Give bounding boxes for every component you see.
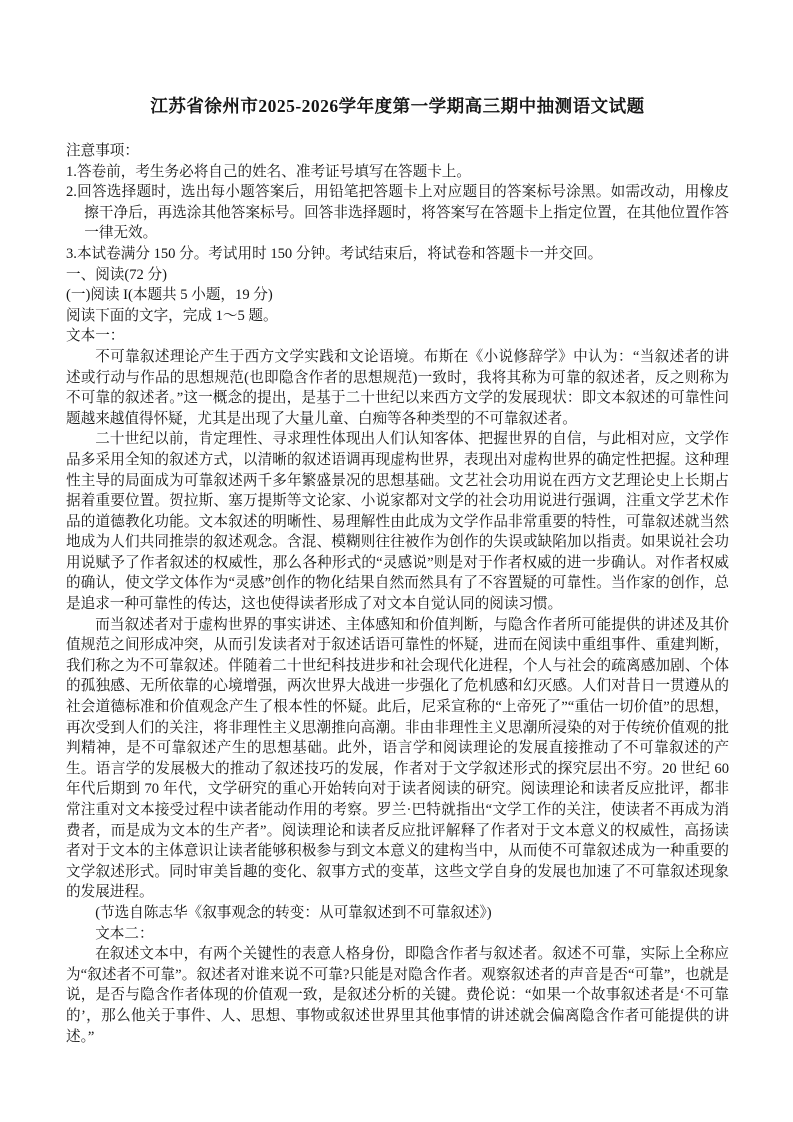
- text1-paragraph-1: 不可靠叙述理论产生于西方文学实践和文论语境。布斯在《小说修辞学》中认为：“当叙述…: [66, 347, 729, 429]
- exam-body: 注意事项： 1.答卷前，考生务必将自己的姓名、准考证号填写在答题卡上。 2.回答…: [66, 141, 729, 1047]
- exam-title: 江苏省徐州市2025-2026学年度第一学期高三期中抽测语文试题: [66, 95, 729, 117]
- text2-paragraph-1: 在叙述文本中，有两个关键性的表意人格身份，即隐含作者与叙述者。叙述不可靠，实际上…: [66, 944, 729, 1047]
- notice-item-2: 2.回答选择题时，选出每小题答案后，用铅笔把答题卡上对应题目的答案标号涂黑。如需…: [66, 182, 729, 244]
- exam-paper-page: 江苏省徐州市2025-2026学年度第一学期高三期中抽测语文试题 注意事项： 1…: [0, 0, 793, 1122]
- subsection-heading: (一)阅读 I(本题共 5 小题，19 分): [66, 285, 729, 306]
- text1-label: 文本一：: [66, 326, 729, 347]
- text1-source: (节选自陈志华《叙事观念的转变：从可靠叙述到不可靠叙述》): [66, 903, 729, 924]
- text1-paragraph-2: 二十世纪以前，肯定理性、寻求理性体现出人们认知客体、把握世界的自信，与此相对应，…: [66, 429, 729, 614]
- notice-item-3: 3.本试卷满分 150 分。考试用时 150 分钟。考试结束后，将试卷和答题卡一…: [66, 244, 729, 265]
- text2-label: 文本二：: [66, 924, 729, 945]
- text1-paragraph-3: 而当叙述者对于虚构世界的事实讲述、主体感知和价值判断，与隐含作者所可能提供的讲述…: [66, 615, 729, 903]
- reading-instruction: 阅读下面的文字，完成 1～5 题。: [66, 306, 729, 327]
- notice-item-1: 1.答卷前，考生务必将自己的姓名、准考证号填写在答题卡上。: [66, 162, 729, 183]
- notice-heading: 注意事项：: [66, 141, 729, 162]
- section-heading: 一、阅读(72 分): [66, 265, 729, 286]
